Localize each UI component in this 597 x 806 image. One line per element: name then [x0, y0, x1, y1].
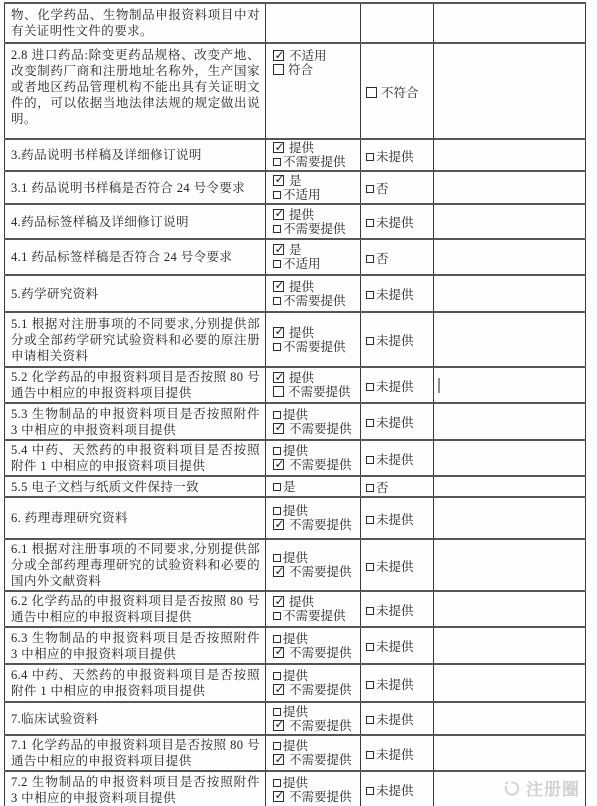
- table-row: 5.3 生物制品的申报资料项目是否按照附件 3 中相应的申报资料项目提供提供不需…: [5, 403, 586, 440]
- checkbox-option-label: 提供: [283, 408, 308, 422]
- review-options-cell: 否: [361, 239, 434, 275]
- checkbox-option[interactable]: 否: [366, 481, 431, 495]
- checkbox-option-label: 提供: [283, 444, 308, 458]
- unchecked-checkbox-icon[interactable]: [273, 554, 281, 562]
- item-text: 4.1 药品标签样稿是否符合 24 号令要求: [11, 249, 260, 265]
- checkbox-option-label: 不需要提供: [289, 683, 352, 697]
- checkbox-option-label: 是: [289, 174, 302, 188]
- unchecked-checkbox-icon[interactable]: [366, 419, 374, 427]
- unchecked-checkbox-icon[interactable]: [273, 483, 281, 491]
- review-options-cell: 未提供: [361, 440, 434, 476]
- checkbox-option-label: 提供: [283, 705, 308, 719]
- item-cell: 7.1 化学药品的申报资料项目是否按照 80 号通告中相应的申报资料项目提供: [5, 735, 266, 771]
- checkbox-option-label: 不需要提供: [289, 565, 352, 579]
- unchecked-checkbox-icon[interactable]: [273, 635, 281, 643]
- review-options-cell: 未提供: [361, 367, 434, 403]
- applicant-options-cell: 提供不需要提供: [266, 204, 361, 239]
- checkbox-option[interactable]: 不需要提供: [273, 683, 358, 697]
- checkbox-option[interactable]: 不需要提供: [273, 422, 358, 436]
- checkbox-option[interactable]: 未提供: [366, 453, 431, 467]
- table-row: 3.药品说明书样稿及详细修订说明提供不需要提供未提供: [5, 139, 586, 171]
- review-options-cell: 未提供: [361, 204, 434, 239]
- checkbox-option[interactable]: 不适用: [273, 188, 358, 202]
- unchecked-checkbox-icon[interactable]: [273, 507, 281, 515]
- checkbox-option-label: 未提供: [376, 416, 414, 430]
- unchecked-checkbox-icon[interactable]: [366, 456, 374, 464]
- remarks-cell[interactable]: [434, 702, 586, 735]
- remarks-cell[interactable]: [434, 43, 586, 139]
- checked-checkbox-icon[interactable]: [273, 754, 284, 765]
- review-options-cell: 不符合: [361, 43, 434, 139]
- unchecked-checkbox-icon[interactable]: [273, 708, 281, 716]
- table-row: 5.2 化学药品的申报资料项目是否按照 80 号通告中相应的申报资料项目提供提供…: [5, 367, 586, 403]
- unchecked-checkbox-icon[interactable]: [273, 191, 281, 199]
- table-row: 5.5 电子文档与纸质文件保持一致是否: [5, 476, 586, 497]
- applicant-options-cell: 提供不需要提供: [266, 139, 361, 171]
- checkbox-option[interactable]: 不需要提供: [273, 719, 358, 733]
- checkbox-option[interactable]: 不需要提供: [273, 294, 358, 308]
- item-text: 5.3 生物制品的申报资料项目是否按照附件 3 中相应的申报资料项目提供: [11, 406, 260, 438]
- review-options-cell: 未提供: [361, 735, 434, 771]
- watermark-label: 注册圈: [526, 775, 580, 800]
- unchecked-checkbox-icon[interactable]: [366, 484, 374, 492]
- unchecked-checkbox-icon[interactable]: [273, 225, 281, 233]
- unchecked-checkbox-icon[interactable]: [366, 87, 377, 98]
- item-cell: 4.药品标签样稿及详细修订说明: [5, 204, 266, 239]
- unchecked-checkbox-icon[interactable]: [366, 255, 374, 263]
- unchecked-checkbox-icon[interactable]: [366, 185, 374, 193]
- checkbox-option-label: 不需要提供: [283, 609, 346, 623]
- review-options-cell: 未提供: [361, 771, 434, 806]
- checkbox-option-label: 未提供: [376, 640, 414, 654]
- unchecked-checkbox-icon[interactable]: [273, 386, 284, 397]
- checkbox-option[interactable]: 提供: [273, 141, 358, 155]
- item-cell: 5.5 电子文档与纸质文件保持一致: [5, 476, 266, 497]
- checkbox-option-label: 不需要提供: [289, 753, 352, 767]
- review-options-cell: 未提供: [361, 403, 434, 440]
- checkbox-option-label: 提供: [289, 595, 314, 609]
- checkbox-option[interactable]: 未提供: [366, 560, 431, 574]
- checkbox-option-label: 不需要提供: [283, 340, 346, 354]
- checkbox-option-label: 不需要提供: [289, 422, 352, 436]
- remarks-cell[interactable]: [434, 367, 586, 403]
- checked-checkbox-icon[interactable]: [273, 459, 284, 470]
- watermark: 注册圈: [502, 775, 580, 800]
- review-options-cell: 未提供: [361, 275, 434, 312]
- applicant-options-cell: 提供不需要提供: [266, 403, 361, 440]
- applicant-options-cell: 是不适用: [266, 239, 361, 275]
- checkbox-option[interactable]: 提供: [273, 208, 358, 222]
- checkbox-option[interactable]: 提供: [273, 705, 358, 719]
- checkbox-option-label: 不需要提供: [289, 790, 352, 804]
- table-row: 6. 药理毒理研究资料提供不需要提供未提供: [5, 497, 586, 539]
- checked-checkbox-icon[interactable]: [273, 209, 284, 220]
- review-options-cell: 未提供: [361, 312, 434, 367]
- checkbox-option-label: 未提供: [376, 334, 414, 348]
- item-cell: 5.2 化学药品的申报资料项目是否按照 80 号通告中相应的申报资料项目提供: [5, 367, 266, 403]
- remarks-cell[interactable]: [434, 239, 586, 275]
- item-text: 4.药品标签样稿及详细修订说明: [11, 214, 260, 230]
- checkbox-option-label: 未提供: [376, 604, 414, 618]
- item-text: 7.1 化学药品的申报资料项目是否按照 80 号通告中相应的申报资料项目提供: [11, 737, 260, 769]
- checkbox-option[interactable]: 提供: [273, 632, 358, 646]
- checkbox-option[interactable]: 不需要提供: [273, 340, 358, 354]
- item-cell: 5.4 中药、天然药的申报资料项目是否按照附件 1 中相应的申报资料项目提供: [5, 440, 266, 476]
- unchecked-checkbox-icon[interactable]: [273, 411, 281, 419]
- checkbox-option[interactable]: 提供: [273, 739, 358, 753]
- table-row: 4.1 药品标签样稿是否符合 24 号令要求是不适用否: [5, 239, 586, 275]
- review-options-cell: 未提供: [361, 664, 434, 702]
- checkbox-option-label: 不需要提供: [288, 385, 351, 399]
- checkbox-option-label: 提供: [289, 371, 314, 385]
- unchecked-checkbox-icon[interactable]: [273, 158, 281, 166]
- table-row: 2.8 进口药品:除变更药品规格、改变产地、改变制药厂商和注册地址名称外，生产国…: [5, 43, 586, 139]
- review-options-cell: 未提供: [361, 139, 434, 171]
- table-row: 3.1 药品说明书样稿是否符合 24 号令要求是不适用否: [5, 171, 586, 204]
- review-options-cell: 未提供: [361, 702, 434, 735]
- checkbox-option[interactable]: 否: [366, 182, 431, 196]
- checked-checkbox-icon[interactable]: [273, 647, 284, 658]
- applicant-options-cell: 提供不需要提供: [266, 664, 361, 702]
- item-cell: 6.1 根据对注册事项的不同要求,分别提供部分或全部药理毒理研究的试验资料和必要…: [5, 539, 266, 591]
- remarks-cell[interactable]: [434, 171, 586, 204]
- remarks-cell[interactable]: [434, 591, 586, 627]
- checkbox-option[interactable]: 不符合: [366, 86, 431, 100]
- checkbox-option[interactable]: 提供: [273, 408, 358, 422]
- table-row: 4.药品标签样稿及详细修订说明提供不需要提供未提供: [5, 204, 586, 239]
- checkbox-option[interactable]: 提供: [273, 595, 358, 609]
- checkbox-option-label: 不需要提供: [283, 294, 346, 308]
- checkbox-option-label: 不适用: [289, 49, 327, 63]
- remarks-cell[interactable]: [434, 664, 586, 702]
- item-cell: 4.1 药品标签样稿是否符合 24 号令要求: [5, 239, 266, 275]
- table-row: 7.1 化学药品的申报资料项目是否按照 80 号通告中相应的申报资料项目提供提供…: [5, 735, 586, 771]
- checkbox-option-label: 不适用: [283, 257, 321, 271]
- item-cell: 3.药品说明书样稿及详细修订说明: [5, 139, 266, 171]
- checkbox-option[interactable]: 不需要提供: [273, 609, 358, 623]
- item-text: 3.1 药品说明书样稿是否符合 24 号令要求: [11, 180, 260, 196]
- checkbox-option-label: 符合: [288, 63, 313, 77]
- checked-checkbox-icon[interactable]: [273, 423, 284, 434]
- checkbox-option[interactable]: 是: [273, 174, 358, 188]
- remarks-cell[interactable]: [434, 539, 586, 591]
- checkbox-option[interactable]: 提供: [273, 280, 358, 294]
- checkbox-option[interactable]: 未提供: [366, 288, 431, 302]
- item-text: 6.1 根据对注册事项的不同要求,分别提供部分或全部药理毒理研究的试验资料和必要…: [11, 541, 260, 589]
- review-options-cell: [361, 3, 434, 43]
- table-row: 7.临床试验资料提供不需要提供未提供: [5, 702, 586, 735]
- unchecked-checkbox-icon[interactable]: [273, 779, 281, 787]
- checkbox-option[interactable]: 提供: [273, 444, 358, 458]
- checkbox-option[interactable]: 是: [273, 243, 358, 257]
- checkbox-option-label: 未提供: [376, 784, 414, 798]
- checkbox-option[interactable]: 提供: [273, 776, 358, 790]
- checkbox-option[interactable]: 提供: [273, 371, 358, 385]
- unchecked-checkbox-icon[interactable]: [366, 337, 374, 345]
- checkbox-option-label: 未提供: [376, 380, 414, 394]
- unchecked-checkbox-icon[interactable]: [366, 563, 374, 571]
- unchecked-checkbox-icon[interactable]: [366, 153, 374, 161]
- item-text: 6.4 中药、天然药的申报资料项目是否按照附件 1 中相应的申报资料项目提供: [11, 667, 260, 699]
- remarks-cell[interactable]: [434, 627, 586, 664]
- checked-checkbox-icon[interactable]: [273, 244, 284, 255]
- table-row: 5.药学研究资料提供不需要提供未提供: [5, 275, 586, 312]
- review-options-cell: 未提供: [361, 627, 434, 664]
- item-cell: 6.2 化学药品的申报资料项目是否按照 80 号通告中相应的申报资料项目提供: [5, 591, 266, 627]
- item-cell: 7.2 生物制品的申报资料项目是否按照附件 3 中相应的申报资料项目提供: [5, 771, 266, 806]
- item-text: 7.临床试验资料: [11, 711, 260, 727]
- checkbox-option[interactable]: 未提供: [366, 604, 431, 618]
- checkbox-option-label: 否: [376, 481, 389, 495]
- checkbox-option-label: 是: [289, 243, 302, 257]
- checkbox-option[interactable]: 否: [366, 252, 431, 266]
- item-text: 6.2 化学药品的申报资料项目是否按照 80 号通告中相应的申报资料项目提供: [11, 593, 260, 625]
- checkbox-option-label: 否: [376, 252, 389, 266]
- checked-checkbox-icon[interactable]: [273, 50, 284, 61]
- checkbox-option[interactable]: 不需要提供: [273, 222, 358, 236]
- checkbox-option-label: 提供: [283, 504, 308, 518]
- checked-checkbox-icon[interactable]: [273, 720, 284, 731]
- item-text: 5.1 根据对注册事项的不同要求,分别提供部分或全部药学研究试验资料和必要的原注…: [11, 316, 260, 364]
- table-row: 5.1 根据对注册事项的不同要求,分别提供部分或全部药学研究试验资料和必要的原注…: [5, 312, 586, 367]
- checkbox-option[interactable]: 未提供: [366, 216, 431, 230]
- item-cell: 6.4 中药、天然药的申报资料项目是否按照附件 1 中相应的申报资料项目提供: [5, 664, 266, 702]
- checkbox-option-label: 提供: [289, 326, 314, 340]
- applicant-options-cell: 提供不需要提供: [266, 539, 361, 591]
- checked-checkbox-icon[interactable]: [273, 175, 284, 186]
- item-text: 5.5 电子文档与纸质文件保持一致: [11, 479, 260, 495]
- unchecked-checkbox-icon[interactable]: [273, 297, 281, 305]
- unchecked-checkbox-icon[interactable]: [366, 751, 374, 759]
- checkbox-option[interactable]: 未提供: [366, 380, 431, 394]
- checkbox-option[interactable]: 提供: [273, 504, 358, 518]
- review-options-cell: 未提供: [361, 591, 434, 627]
- checkbox-option-label: 未提供: [376, 150, 414, 164]
- remarks-cell[interactable]: [434, 403, 586, 440]
- applicant-options-cell: 提供不需要提供: [266, 771, 361, 806]
- table-row: 5.4 中药、天然药的申报资料项目是否按照附件 1 中相应的申报资料项目提供提供…: [5, 440, 586, 476]
- checkbox-option[interactable]: 提供: [273, 669, 358, 683]
- review-options-cell: 否: [361, 476, 434, 497]
- unchecked-checkbox-icon[interactable]: [366, 219, 374, 227]
- checkbox-option[interactable]: 不需要提供: [273, 458, 358, 472]
- unchecked-checkbox-icon[interactable]: [366, 716, 374, 724]
- item-cell: 5.药学研究资料: [5, 275, 266, 312]
- checkbox-option-label: 提供: [283, 669, 308, 683]
- checkbox-option-label: 提供: [283, 776, 308, 790]
- checkbox-option-label: 未提供: [376, 453, 414, 467]
- checkbox-option-label: 不需要提供: [283, 222, 346, 236]
- unchecked-checkbox-icon[interactable]: [273, 742, 281, 750]
- checkbox-option-label: 未提供: [376, 560, 414, 574]
- remarks-cell[interactable]: 注册圈: [434, 771, 586, 806]
- checkbox-option-label: 提供: [289, 208, 314, 222]
- table-row: 6.4 中药、天然药的申报资料项目是否按照附件 1 中相应的申报资料项目提供提供…: [5, 664, 586, 702]
- unchecked-checkbox-icon[interactable]: [366, 607, 374, 615]
- checkbox-option[interactable]: 不适用: [273, 49, 358, 63]
- applicant-options-cell: 提供不需要提供: [266, 312, 361, 367]
- text-cursor: [438, 378, 440, 393]
- checked-checkbox-icon[interactable]: [273, 142, 284, 153]
- checked-checkbox-icon[interactable]: [273, 566, 284, 577]
- checkbox-option-label: 是: [283, 480, 296, 494]
- unchecked-checkbox-icon[interactable]: [366, 516, 374, 524]
- checkbox-option[interactable]: 未提供: [366, 334, 431, 348]
- checklist-table: 物、化学药品、生物制品申报资料项目中对有关证明性文件的要求。2.8 进口药品:除…: [4, 2, 586, 806]
- checkbox-option-label: 未提供: [376, 216, 414, 230]
- item-cell: 6.3 生物制品的申报资料项目是否按照附件 3 中相应的申报资料项目提供: [5, 627, 266, 664]
- checkbox-option-label: 否: [376, 182, 389, 196]
- remarks-cell[interactable]: [434, 440, 586, 476]
- unchecked-checkbox-icon[interactable]: [366, 681, 374, 689]
- item-text: 5.药学研究资料: [11, 286, 260, 302]
- checkbox-option[interactable]: 未提供: [366, 678, 431, 692]
- checkbox-option-label: 不需要提供: [289, 719, 352, 733]
- applicant-options-cell: 提供不需要提供: [266, 627, 361, 664]
- item-cell: 3.1 药品说明书样稿是否符合 24 号令要求: [5, 171, 266, 204]
- checkbox-option-label: 未提供: [376, 748, 414, 762]
- checkbox-option-label: 提供: [289, 141, 314, 155]
- applicant-options-cell: 提供不需要提供: [266, 591, 361, 627]
- unchecked-checkbox-icon[interactable]: [366, 291, 374, 299]
- unchecked-checkbox-icon[interactable]: [273, 260, 281, 268]
- item-text: 7.2 生物制品的申报资料项目是否按照附件 3 中相应的申报资料项目提供: [11, 774, 260, 806]
- checkbox-option-label: 未提供: [376, 513, 414, 527]
- applicant-options-cell: 提供不需要提供: [266, 275, 361, 312]
- applicant-options-cell: 是: [266, 476, 361, 497]
- applicant-options-cell: 提供不需要提供: [266, 440, 361, 476]
- checkbox-option[interactable]: 不需要提供: [273, 646, 358, 660]
- unchecked-checkbox-icon[interactable]: [366, 383, 374, 391]
- applicant-options-cell: 提供不需要提供: [266, 702, 361, 735]
- checked-checkbox-icon[interactable]: [273, 596, 284, 607]
- checkbox-option-label: 不需要提供: [283, 155, 346, 169]
- checkbox-option[interactable]: 未提供: [366, 513, 431, 527]
- checkbox-option-label: 未提供: [376, 678, 414, 692]
- checkbox-option[interactable]: 不需要提供: [273, 155, 358, 169]
- review-options-cell: 未提供: [361, 539, 434, 591]
- item-text: 5.4 中药、天然药的申报资料项目是否按照附件 1 中相应的申报资料项目提供: [11, 442, 260, 474]
- unchecked-checkbox-icon[interactable]: [273, 343, 281, 351]
- remarks-cell[interactable]: [434, 139, 586, 171]
- checkbox-option[interactable]: 提供: [273, 326, 358, 340]
- applicant-options-cell: [266, 3, 361, 43]
- checkbox-option-label: 提供: [283, 551, 308, 565]
- checkbox-option[interactable]: 不需要提供: [273, 565, 358, 579]
- unchecked-checkbox-icon[interactable]: [273, 672, 281, 680]
- item-cell: 7.临床试验资料: [5, 702, 266, 735]
- remarks-cell[interactable]: [434, 204, 586, 239]
- checked-checkbox-icon[interactable]: [273, 519, 284, 530]
- applicant-options-cell: 不适用符合: [266, 43, 361, 139]
- remarks-cell[interactable]: [434, 3, 586, 43]
- checkbox-option[interactable]: 未提供: [366, 748, 431, 762]
- checkbox-option[interactable]: 不需要提供: [273, 518, 358, 532]
- unchecked-checkbox-icon[interactable]: [366, 643, 374, 651]
- item-cell: 5.3 生物制品的申报资料项目是否按照附件 3 中相应的申报资料项目提供: [5, 403, 266, 440]
- watermark-circle-logo-icon: [502, 778, 521, 797]
- item-text: 物、化学药品、生物制品申报资料项目中对有关证明性文件的要求。: [11, 7, 260, 39]
- item-text: 2.8 进口药品:除变更药品规格、改变产地、改变制药厂商和注册地址名称外，生产国…: [11, 47, 260, 127]
- remarks-cell[interactable]: [434, 735, 586, 771]
- table-row: 7.2 生物制品的申报资料项目是否按照附件 3 中相应的申报资料项目提供提供不需…: [5, 771, 586, 806]
- checkbox-option[interactable]: 未提供: [366, 640, 431, 654]
- checkbox-option[interactable]: 符合: [273, 63, 358, 77]
- unchecked-checkbox-icon[interactable]: [366, 787, 374, 795]
- checkbox-option-label: 不需要提供: [289, 518, 352, 532]
- checkbox-option[interactable]: 未提供: [366, 416, 431, 430]
- item-cell: 2.8 进口药品:除变更药品规格、改变产地、改变制药厂商和注册地址名称外，生产国…: [5, 43, 266, 139]
- item-cell: 物、化学药品、生物制品申报资料项目中对有关证明性文件的要求。: [5, 3, 266, 43]
- checkbox-option[interactable]: 不需要提供: [273, 385, 358, 399]
- item-text: 3.药品说明书样稿及详细修订说明: [11, 147, 260, 163]
- item-cell: 5.1 根据对注册事项的不同要求,分别提供部分或全部药学研究试验资料和必要的原注…: [5, 312, 266, 367]
- checked-checkbox-icon[interactable]: [273, 684, 284, 695]
- review-options-cell: 未提供: [361, 497, 434, 539]
- checked-checkbox-icon[interactable]: [273, 372, 284, 383]
- checkbox-option-label: 提供: [283, 632, 308, 646]
- table-row: 6.3 生物制品的申报资料项目是否按照附件 3 中相应的申报资料项目提供提供不需…: [5, 627, 586, 664]
- checkbox-option-label: 不符合: [381, 86, 419, 100]
- applicant-options-cell: 提供不需要提供: [266, 735, 361, 771]
- applicant-options-cell: 提供不需要提供: [266, 367, 361, 403]
- checkbox-option-label: 未提供: [376, 713, 414, 727]
- checkbox-option-label: 未提供: [376, 288, 414, 302]
- checkbox-option-label: 不需要提供: [289, 458, 352, 472]
- checkbox-option[interactable]: 是: [273, 480, 358, 494]
- item-text: 6. 药理毒理研究资料: [11, 510, 260, 526]
- checkbox-option-label: 不需要提供: [289, 646, 352, 660]
- checkbox-option[interactable]: 未提供: [366, 784, 431, 798]
- checked-checkbox-icon[interactable]: [273, 791, 284, 802]
- remarks-cell[interactable]: [434, 497, 586, 539]
- unchecked-checkbox-icon[interactable]: [273, 612, 281, 620]
- checkbox-option-label: 提供: [283, 739, 308, 753]
- document-page: 物、化学药品、生物制品申报资料项目中对有关证明性文件的要求。2.8 进口药品:除…: [0, 0, 597, 806]
- remarks-cell[interactable]: [434, 476, 586, 497]
- item-text: 6.3 生物制品的申报资料项目是否按照附件 3 中相应的申报资料项目提供: [11, 630, 260, 662]
- remarks-cell[interactable]: [434, 312, 586, 367]
- checkbox-option[interactable]: 未提供: [366, 150, 431, 164]
- applicant-options-cell: 是不适用: [266, 171, 361, 204]
- item-text: 5.2 化学药品的申报资料项目是否按照 80 号通告中相应的申报资料项目提供: [11, 369, 260, 401]
- checkbox-option[interactable]: 不需要提供: [273, 790, 358, 804]
- table-row: 6.1 根据对注册事项的不同要求,分别提供部分或全部药理毒理研究的试验资料和必要…: [5, 539, 586, 591]
- checked-checkbox-icon[interactable]: [273, 327, 284, 338]
- checkbox-option-label: 不适用: [283, 188, 321, 202]
- table-row: 物、化学药品、生物制品申报资料项目中对有关证明性文件的要求。: [5, 3, 586, 43]
- table-row: 6.2 化学药品的申报资料项目是否按照 80 号通告中相应的申报资料项目提供提供…: [5, 591, 586, 627]
- unchecked-checkbox-icon[interactable]: [273, 447, 281, 455]
- checkbox-option[interactable]: 未提供: [366, 713, 431, 727]
- unchecked-checkbox-icon[interactable]: [273, 64, 284, 75]
- item-cell: 6. 药理毒理研究资料: [5, 497, 266, 539]
- checked-checkbox-icon[interactable]: [273, 281, 284, 292]
- checkbox-option[interactable]: 不需要提供: [273, 753, 358, 767]
- applicant-options-cell: 提供不需要提供: [266, 497, 361, 539]
- review-options-cell: 否: [361, 171, 434, 204]
- checkbox-option[interactable]: 不适用: [273, 257, 358, 271]
- remarks-cell[interactable]: [434, 275, 586, 312]
- checkbox-option[interactable]: 提供: [273, 551, 358, 565]
- checkbox-option-label: 提供: [289, 280, 314, 294]
